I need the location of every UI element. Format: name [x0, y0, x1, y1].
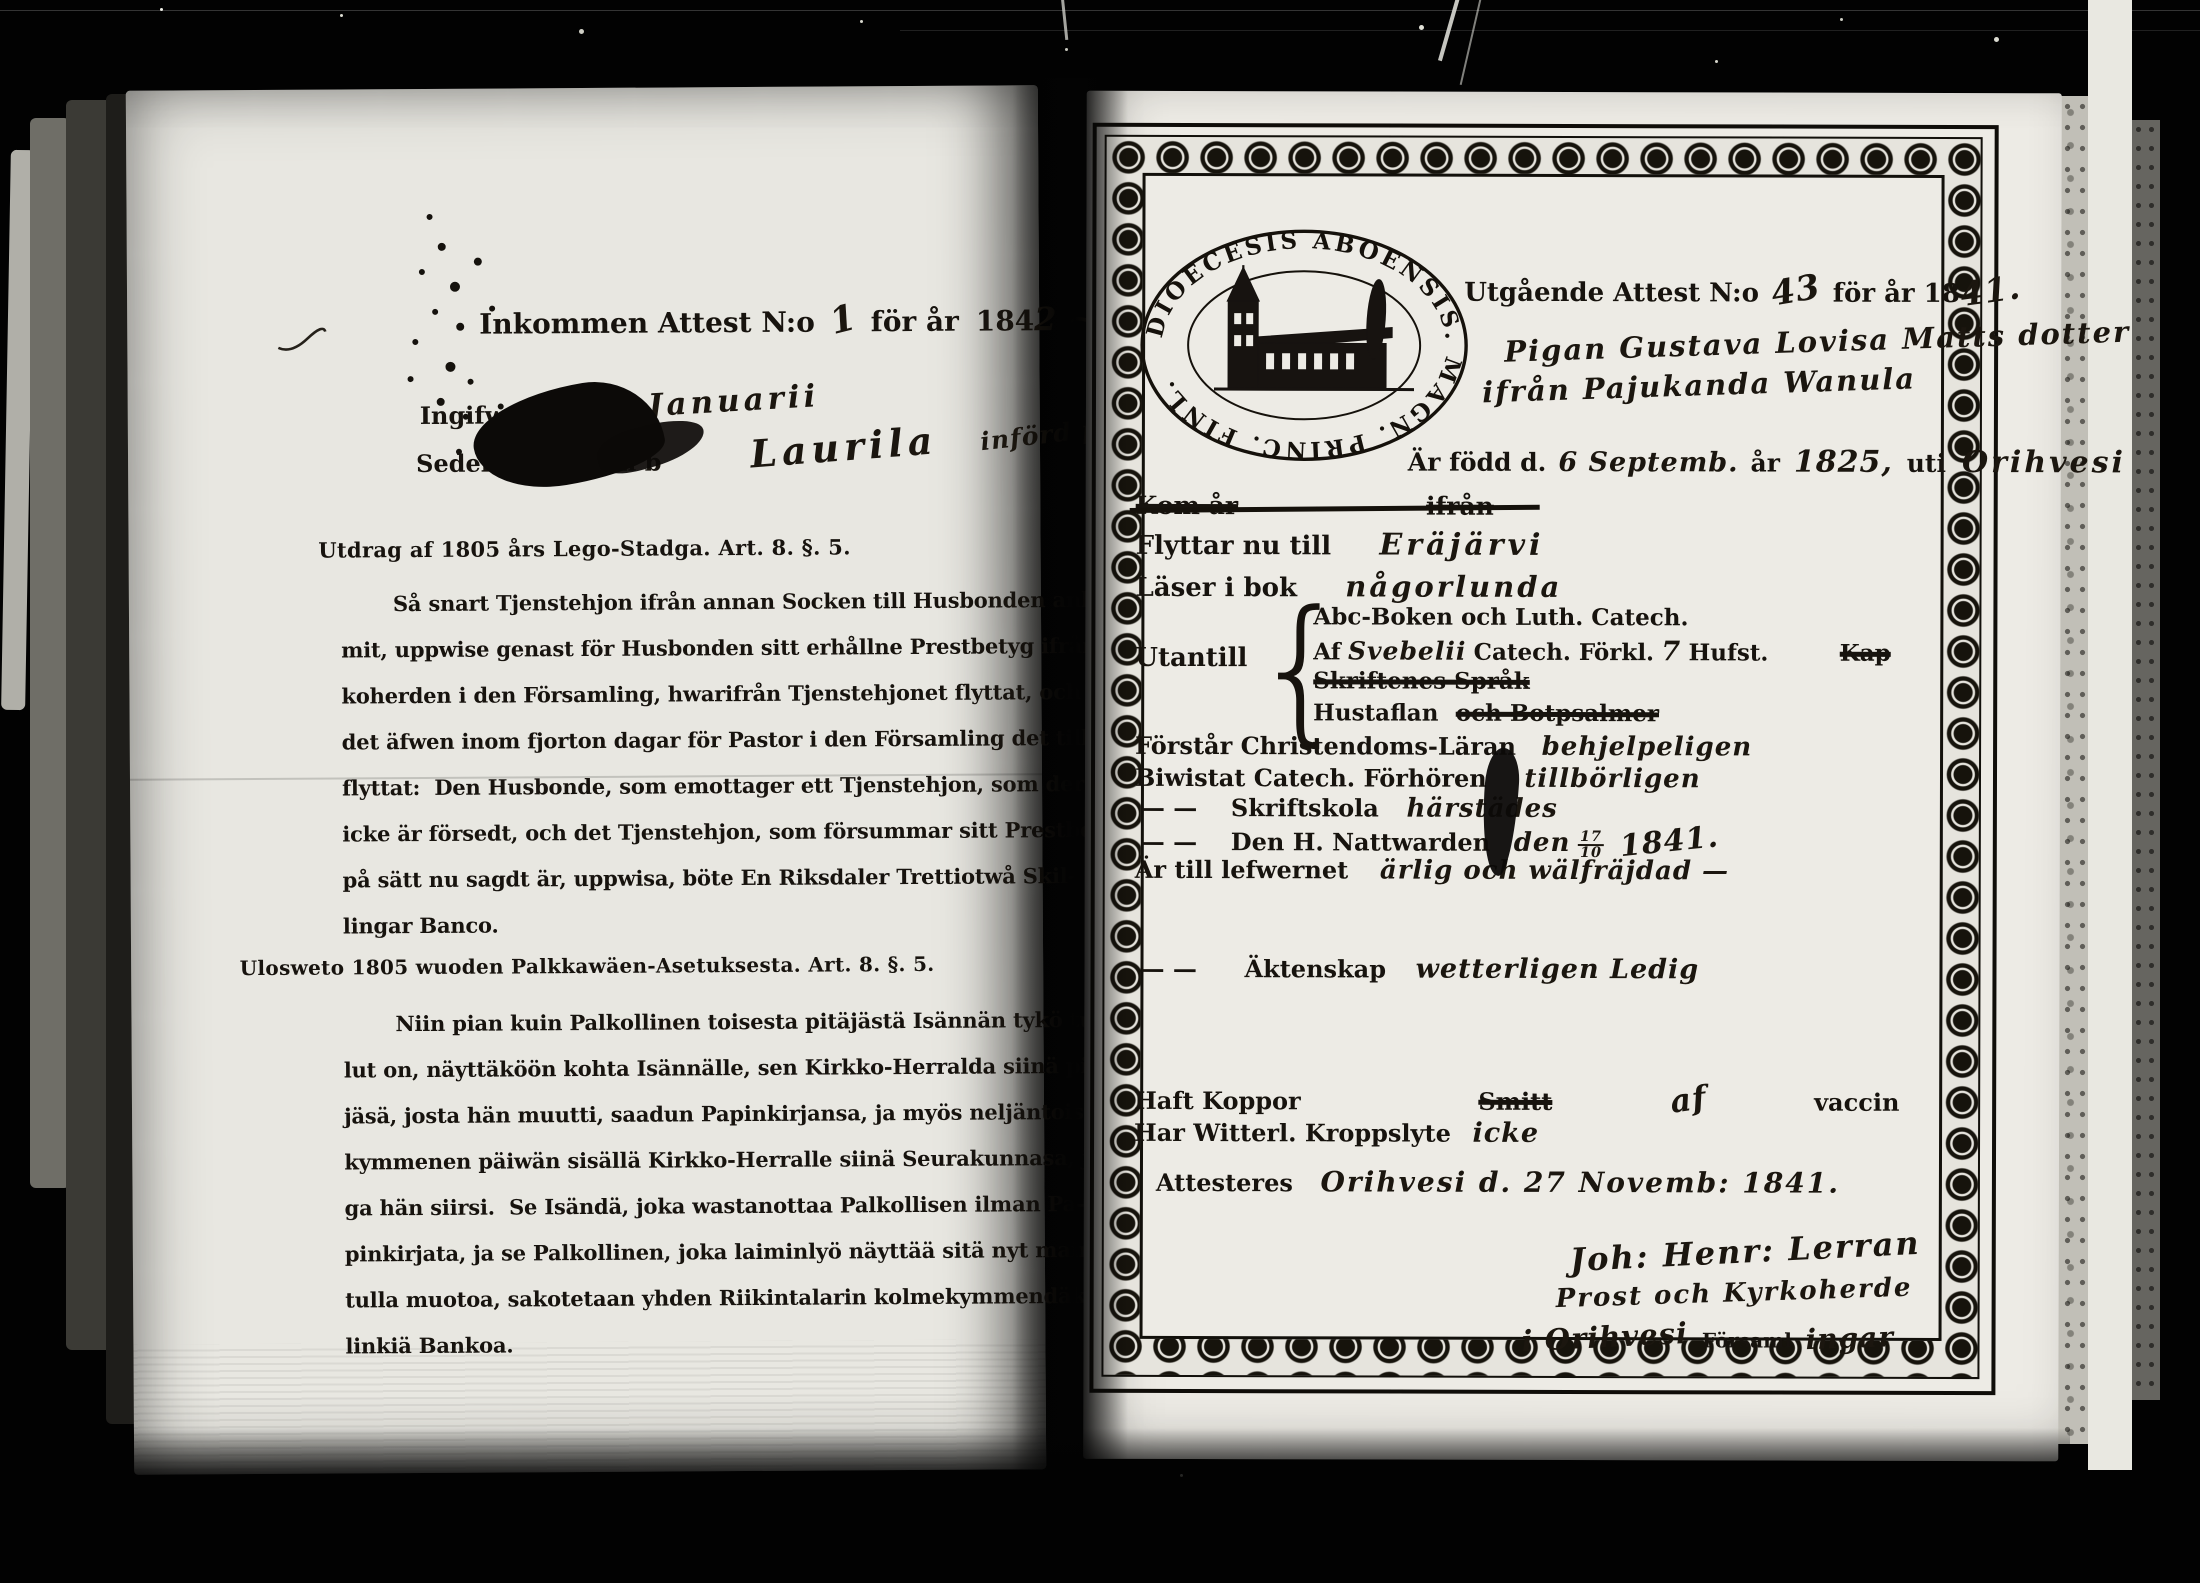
- person-origin-hand: ifrån Pajukanda Wanula: [1482, 368, 1916, 403]
- film-streak: [1061, 0, 1069, 40]
- signature-parish-line: i Orihvesi Församl ingar: [1521, 1320, 1894, 1355]
- page-edge-mottle: [2132, 120, 2160, 1400]
- finnish-paragraph: Niin pian kuin Palkollinen toisesta pitä…: [343, 997, 1105, 1370]
- signature-name-hand: Joh: Henr: Lerran: [1570, 1232, 1921, 1271]
- aktenskap-line: — — Äktenskap wetterligen Ledig: [1140, 953, 1699, 985]
- film-streak: [1460, 0, 1483, 85]
- swedish-paragraph: Så snart Tjenstehjon ifrån annan Socken …: [341, 577, 1103, 950]
- dust-specks: [160, 8, 163, 11]
- flyttar-line: Flyttar nu till Eräjärvi: [1136, 527, 1545, 563]
- attest-title: Inkommen Attest N:o 1 för år 1842 ⁓: [479, 297, 1103, 343]
- header-year-hand: 41.: [1958, 267, 2023, 314]
- ink-blot: [466, 371, 669, 499]
- koppor-line: Haft Koppor Smitt af vaccin: [1134, 1079, 1899, 1119]
- attest-header: Utgående Attest N:o 43 för år 1841.: [1464, 270, 2020, 311]
- page-edge-strip: [2088, 0, 2132, 1470]
- scratch-line: [900, 30, 2200, 31]
- finnish-heading: Ulosweto 1805 wuoden Palkkawäen-Asetukse…: [131, 951, 1043, 981]
- left-page: Inkommen Attest N:o 1 för år 1842 ⁓ Ingi…: [126, 85, 1046, 1475]
- signature-title-hand: Prost och Kyrkoherde: [1556, 1278, 1913, 1309]
- book-gutter: [1012, 78, 1128, 1478]
- pen-mark: [275, 328, 327, 356]
- utantill-item-4: Hustaflan och Botpsalmer: [1313, 699, 1659, 727]
- attesteres-line: Attesteres Orihvesi d. 27 Novemb: 1841.: [1156, 1165, 1840, 1200]
- forstar-line: Förstår Christendoms-Läran behjelpeligen: [1135, 731, 1752, 763]
- header-number-hand: 43: [1768, 267, 1823, 315]
- person-name-hand: Pigan Gustava Lovisa Matts dotter: [1504, 324, 2130, 360]
- right-page: DIOECESIS ABOENSIS. MAGN. PRINC. FINL.: [1083, 91, 2062, 1462]
- lefwernet-line: Är till lefwernet ärlig och wälfräjdad —: [1135, 855, 1729, 887]
- diocese-seal: DIOECESIS ABOENSIS. MAGN. PRINC. FINL.: [1114, 217, 1495, 480]
- title-number-hand: 1: [825, 296, 861, 343]
- utantill-label: Utantill: [1135, 643, 1247, 673]
- kom-line: Kom år ifrån: [1136, 491, 1494, 521]
- ink-specks: [427, 214, 433, 220]
- swedish-heading: Utdrag af 1805 års Lego-Stadga. Art. 8. …: [129, 533, 1041, 564]
- utantill-item-3: Skriftenes Språk: [1313, 667, 1530, 695]
- utantill-item-1: Abc-Boken och Luth. Catech.: [1313, 603, 1688, 631]
- biwistat-line: Biwistat Catech. Förhören tillbörligen: [1135, 763, 1701, 794]
- book-bottom-shadow: [120, 1428, 2070, 1508]
- church-icon: [1214, 265, 1414, 390]
- kroppslyte-line: Har Witterl. Kroppslyte icke: [1134, 1117, 1539, 1149]
- scratch-line: [0, 10, 2200, 11]
- utantill-item-2: Af Svebelii Catech. Förkl. 7 Hufst. Kap: [1313, 635, 1891, 668]
- ingifwen-hand: Januarii: [648, 383, 820, 420]
- title-printed: Inkommen Attest N:o: [479, 306, 815, 341]
- book-scan: Inkommen Attest N:o 1 för år 1842 ⁓ Ingi…: [0, 0, 2200, 1583]
- born-line: Är född d. 6 Septemb. år 1825, uti Orihv…: [1408, 444, 2126, 481]
- sedel-hand: Laurila: [750, 424, 938, 470]
- book-page-edge: [30, 118, 70, 1188]
